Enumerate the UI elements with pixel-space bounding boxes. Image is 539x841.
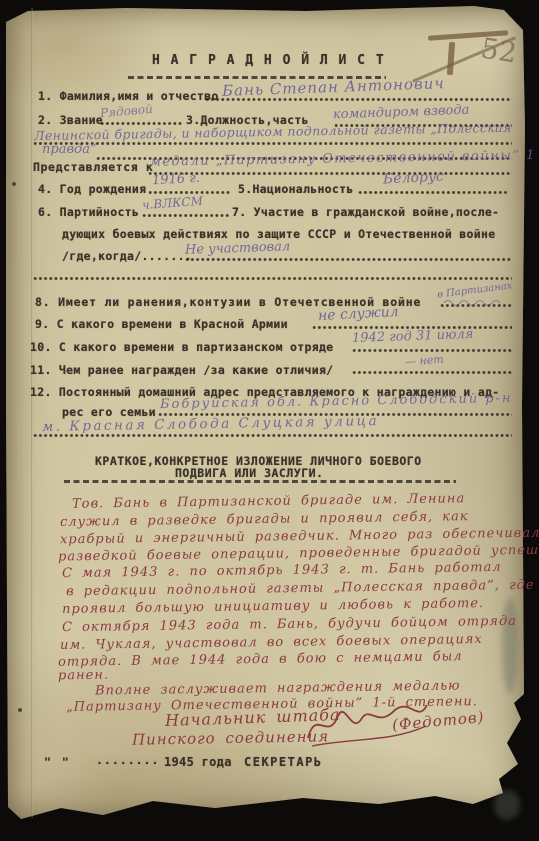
- dotted-leader: [352, 348, 512, 353]
- dotted-leader: [142, 213, 230, 218]
- footer-dots: ........: [96, 753, 159, 767]
- field-5-label: 5.Национальность: [238, 182, 354, 196]
- field-4-value: 1916 г.: [152, 171, 201, 188]
- paper-speck: [18, 708, 22, 712]
- field-2-label: 2. Звание: [38, 113, 103, 127]
- dotted-leader: [185, 257, 512, 262]
- form-title: Н А Г Р А Д Н О Й Л И С Т: [152, 53, 385, 68]
- field-4-label: 4. Год рождения: [38, 182, 146, 196]
- citation-heading-line2: ПОДВИГА ИЛИ ЗАСЛУГИ.: [175, 466, 323, 480]
- dotted-leader: [148, 171, 512, 176]
- paper-speck: [12, 182, 16, 186]
- field-10-label: 10. С какого времени в партизанском отря…: [30, 340, 333, 354]
- edge-smudge: [502, 598, 518, 693]
- dotted-leader: [352, 370, 512, 375]
- edge-smudge: [494, 790, 520, 820]
- field-11-label: 11. Чем ранее награжден /за какие отличи…: [30, 363, 333, 377]
- presented-for-label: Представляется к: [33, 160, 153, 174]
- field-5-value: Белорус: [383, 168, 445, 187]
- field-9-label: 9. С какого времени в Красной Армии: [35, 317, 288, 331]
- pencil-page-number: 52: [479, 31, 519, 69]
- footer-year: 1945 года: [164, 755, 232, 769]
- dotted-leader: [358, 190, 508, 195]
- citation-line: ранен.: [58, 668, 109, 684]
- field-1-label: 1. Фамилия,имя и отчество: [38, 89, 219, 103]
- scanned-award-sheet: 52 Н А Г Р А Д Н О Й Л И С Т 1. Фамилия,…: [0, 0, 539, 841]
- field-6-label: 6. Партийность: [38, 205, 139, 219]
- illegible-scribble: [443, 298, 505, 307]
- field-3-value-line3: правда”: [42, 142, 97, 157]
- footer-quote-marks: " ": [44, 755, 71, 769]
- field-11-value: — нет: [405, 353, 445, 369]
- dotted-leader: [33, 276, 512, 281]
- field-7-label: 7. Участие в гражданской войне,после-: [232, 205, 499, 219]
- fold-crease: [31, 8, 33, 818]
- footer-secretary: СЕКРЕТАРЬ: [244, 755, 323, 769]
- heading-underline: [64, 480, 456, 483]
- field-7-label-line3: /где,когда/.......: [62, 249, 192, 263]
